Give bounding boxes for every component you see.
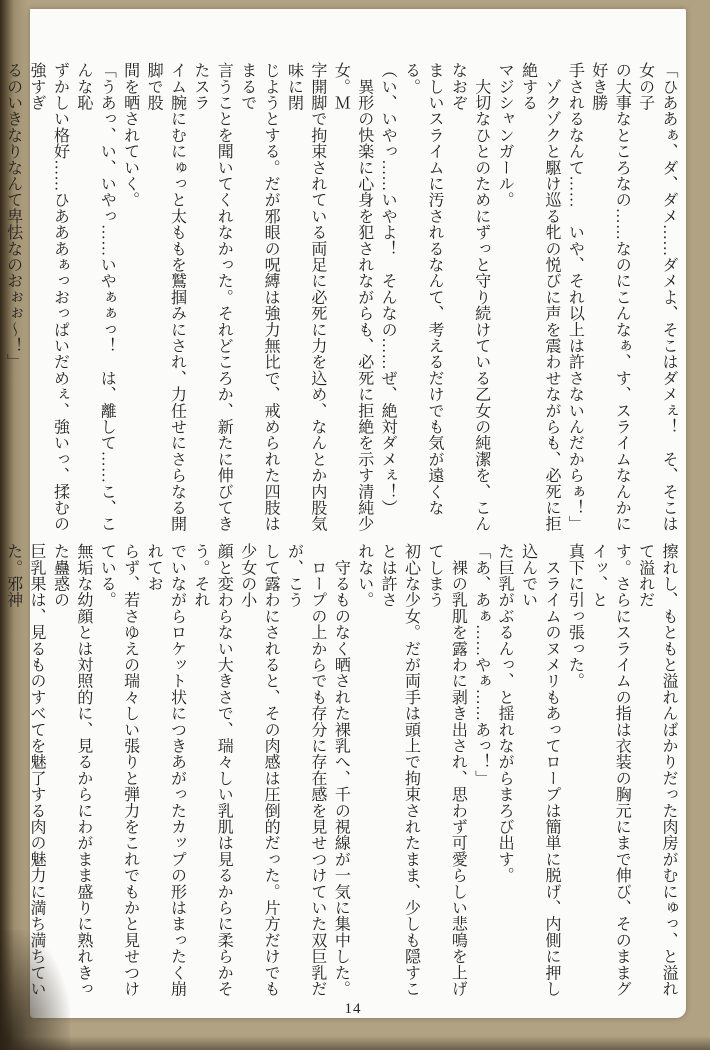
page-number: 14 xyxy=(30,1001,676,1018)
text-line: 真下に引っ張った。 xyxy=(563,543,586,1011)
text-line: れない。 xyxy=(352,543,375,1011)
text-line: ゾクゾクと駆け巡る牝の悦びに声を震わせながらも、必死に拒絶する xyxy=(516,62,563,534)
text-line: 「ひああぁ、ダ、ダメ……ダメよ、そこはダメぇ！ そ、そこは女の子 xyxy=(633,62,680,534)
text-line: 言うことを聞いてくれなかった。それどころか、新たに伸びてきたスラ xyxy=(188,62,235,534)
lower-text-block: 擦れし、もともと溢れんばかりだった肉房がむにゅっ、と溢れて溢れだす。さらにスライ… xyxy=(0,543,680,1011)
text-line: じようとする。だが邪眼の呪縛は強力無比で、戒められた四肢はまるで xyxy=(235,62,282,534)
text-line: ロープの上からでも存分に存在感を見せつけていた双巨乳だが、こう xyxy=(282,543,329,1011)
text-line: 字開脚で拘束されている両足に必死に力を込め、なんとか内股気味に閉 xyxy=(282,62,329,534)
scan-shadow-corner xyxy=(0,930,70,1050)
text-line: 手されるなんて…… いや、それ以上は許さないんだからぁ！」 xyxy=(563,62,586,534)
text-line: 初心な少女。だが両手は頭上で拘束されたまま、少しも隠すことは許さ xyxy=(376,543,423,1011)
text-line: でいながらロケット状につきあがったカップの形はまったく崩れてお xyxy=(142,543,189,1011)
text-line: 顔と変わらない大きさで、瑞々しい乳肌は見るからに柔らかそう。それ xyxy=(188,543,235,1011)
text-line: す。さらにスライムの指は衣装の胸元にまで伸び、そのままグイッ、と xyxy=(586,543,633,1011)
text-line: 「うあっ、い、いやっ……いやぁぁっ！ は、離して……こ、こんな恥 xyxy=(71,62,118,534)
text-line: ずかしい格好……ひあああぁっおっぱいだめぇ、強いっ、揉むの強すぎ xyxy=(25,62,72,534)
text-line: 裸の乳肌を露わに剥き出され、思わず可愛らしい悲鳴を上げてしまう xyxy=(423,543,470,1011)
text-line: の大事なところなの……なのにこんなぁ、す、スライムなんかに好き勝 xyxy=(586,62,633,534)
text-line: して露わにされると、その肉感は圧倒的だった。片方だけでも少女の小 xyxy=(235,543,282,1011)
scan-shadow-bottom-edge xyxy=(0,1036,710,1050)
book-page: 「ひああぁ、ダ、ダメ……ダメよ、そこはダメぇ！ そ、そこは女の子の大事なところな… xyxy=(30,9,686,1018)
text-line: イム腕にむにゅっと太ももを鷲掴みにされ、力任せにさらなる開脚で股 xyxy=(142,62,189,534)
text-line: 間を晒されていく。 xyxy=(118,62,141,534)
text-line: た巨乳がぶるんっ、と揺れながらまろび出す。 xyxy=(493,543,516,1011)
text-line: 「あ、あぁ……やぁ……あっ！」 xyxy=(469,543,492,1011)
text-line: 異形の快楽に心身を犯されながらも、必死に拒絶を示す清純少女。Ｍ xyxy=(329,62,376,534)
text-line: 大切なひとのためにずっと守り続けている乙女の純潔を、こんなおぞ xyxy=(446,62,493,534)
text-line: ましいスライムに汚されるなんて、考えるだけでも気が遠くなる。 xyxy=(399,62,446,534)
text-line: （い、いやっ……いやよ！ そんなの……ぜ、絶対ダメぇ！） xyxy=(376,62,399,534)
text-line: マジシャンガール。 xyxy=(493,62,516,534)
upper-text-block: 「ひああぁ、ダ、ダメ……ダメよ、そこはダメぇ！ そ、そこは女の子の大事なところな… xyxy=(0,62,680,534)
text-line: スライムのヌメリもあってロープは簡単に脱げ、内側に押し込んでい xyxy=(516,543,563,1011)
text-line: 守るものなく晒された裸乳へ、千の視線が一気に集中した。 xyxy=(329,543,352,1011)
text-line: るのいきなりなんて卑怯なのおぉぉ〜！」 xyxy=(1,62,24,534)
text-line: 擦れし、もともと溢れんばかりだった肉房がむにゅっ、と溢れて溢れだ xyxy=(633,543,680,1011)
text-line: らず、若さゆえの瑞々しい張りと弾力をこれでもかと見せつけている。 xyxy=(95,543,142,1011)
